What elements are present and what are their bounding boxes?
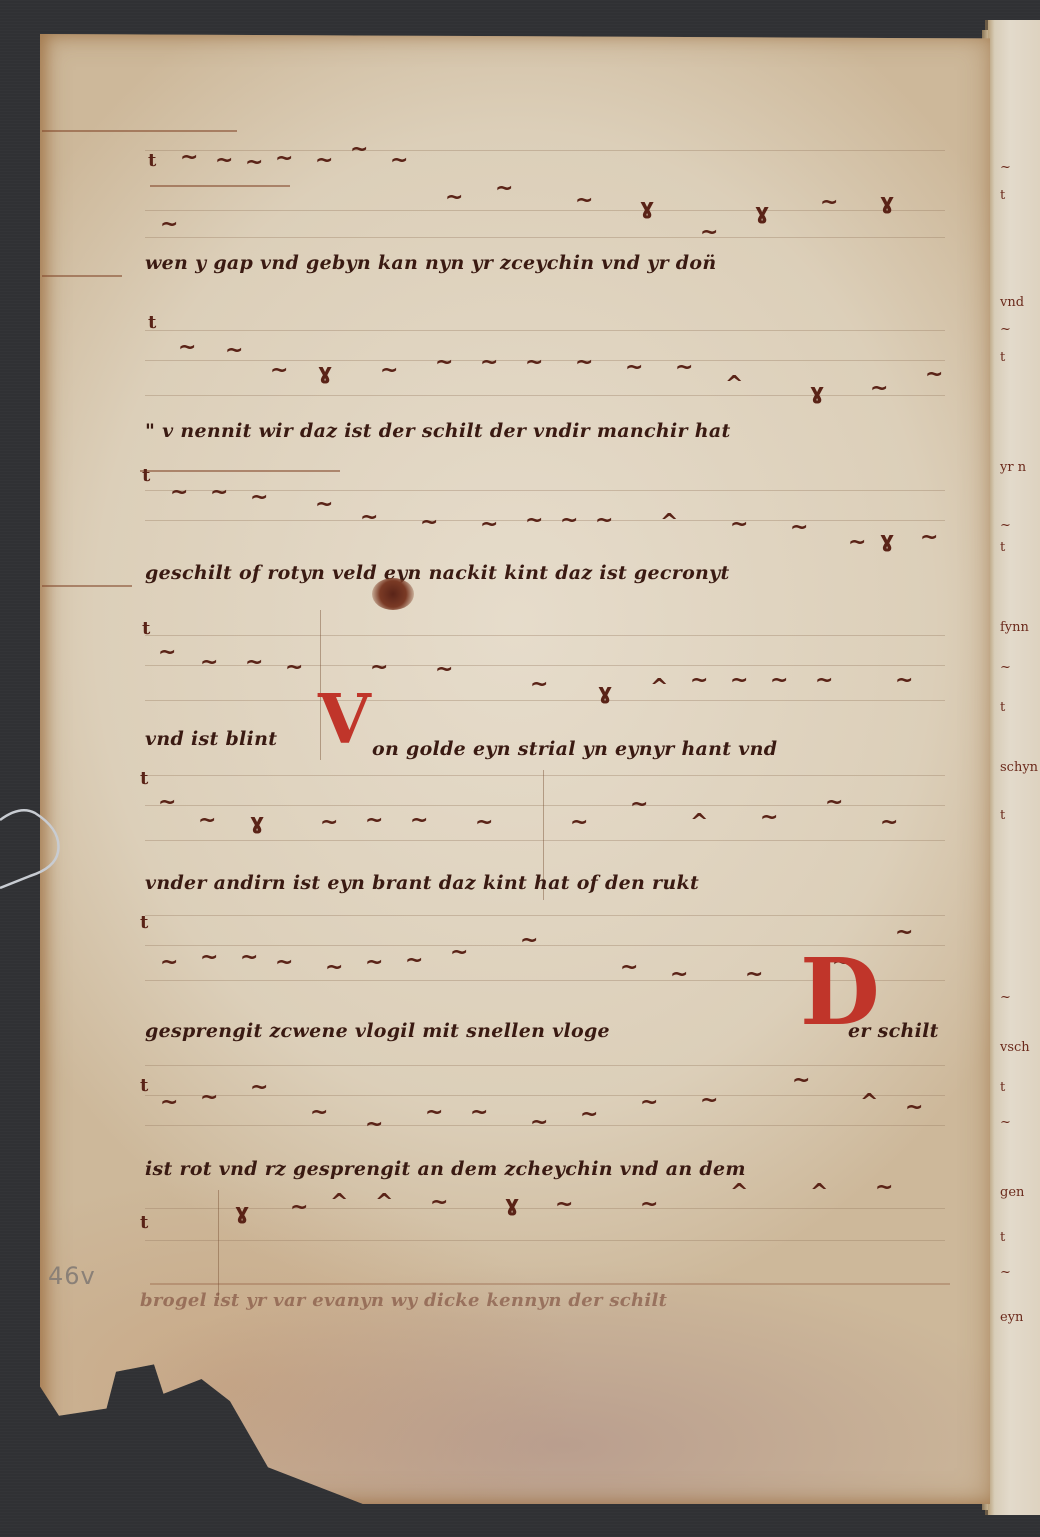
neume-mark: ~ bbox=[310, 1100, 328, 1125]
neume-mark: ~ bbox=[425, 1100, 443, 1125]
vertical-guide bbox=[218, 1190, 219, 1300]
facing-clef: t bbox=[1000, 808, 1005, 823]
facing-clef: t bbox=[1000, 350, 1005, 365]
neume-mark: ~ bbox=[525, 350, 543, 375]
neume-mark: ɣ bbox=[640, 195, 654, 220]
neume-mark: ~ bbox=[325, 955, 343, 980]
neume-mark: ~ bbox=[575, 188, 593, 213]
neume-mark: ~ bbox=[420, 510, 438, 535]
neume-mark: ~ bbox=[475, 810, 493, 835]
neume-mark: ~ bbox=[895, 668, 913, 693]
neume-mark: ~ bbox=[365, 808, 383, 833]
neume-mark: ~ bbox=[170, 480, 188, 505]
neume-mark: ~ bbox=[160, 212, 178, 237]
neume-mark: ~ bbox=[675, 355, 693, 380]
facing-neume: ~ bbox=[1000, 1265, 1011, 1280]
neume-mark: ~ bbox=[730, 512, 748, 537]
ruling-line bbox=[145, 237, 945, 238]
neume-mark: ~ bbox=[820, 190, 838, 215]
neume-mark: ~ bbox=[160, 1090, 178, 1115]
ruling-line bbox=[42, 585, 132, 587]
neume-mark: ^ bbox=[810, 1180, 828, 1205]
ruling-line bbox=[145, 775, 945, 776]
neume-mark: ~ bbox=[640, 1090, 658, 1115]
neume-mark: ~ bbox=[215, 148, 233, 173]
neume-mark: ~ bbox=[480, 512, 498, 537]
neume-mark: ~ bbox=[285, 655, 303, 680]
neume-mark: ~ bbox=[848, 530, 866, 555]
neume-mark: ^ bbox=[860, 1090, 878, 1115]
rubric-initial-v: V bbox=[318, 680, 371, 760]
neume-mark: ~ bbox=[390, 148, 408, 173]
ruling-line bbox=[145, 1208, 945, 1209]
facing-neume: ~ bbox=[1000, 660, 1011, 675]
neume-mark: ~ bbox=[360, 505, 378, 530]
neume-mark: ~ bbox=[275, 146, 293, 171]
neume-mark: ~ bbox=[792, 1068, 810, 1093]
neume-mark: ^ bbox=[690, 810, 708, 835]
neume-mark: ɣ bbox=[598, 680, 612, 705]
neume-mark: ~ bbox=[580, 1102, 598, 1127]
neume-mark: ~ bbox=[595, 508, 613, 533]
neume-mark: ~ bbox=[620, 955, 638, 980]
paper-clip-icon bbox=[0, 780, 60, 890]
neume-mark: ~ bbox=[825, 790, 843, 815]
lyric-text: vnd ist blint bbox=[145, 728, 277, 750]
clef: t bbox=[140, 912, 148, 933]
facing-clef: t bbox=[1000, 1230, 1005, 1245]
neume-mark: ɣ bbox=[318, 360, 332, 385]
neume-mark: ~ bbox=[630, 792, 648, 817]
neume-mark: ~ bbox=[690, 668, 708, 693]
neume-mark: ~ bbox=[520, 928, 538, 953]
facing-text: yr n bbox=[1000, 460, 1026, 475]
neume-mark: ~ bbox=[350, 137, 368, 162]
clef: t bbox=[148, 312, 156, 333]
ruling-line bbox=[150, 185, 290, 187]
neume-mark: ~ bbox=[445, 185, 463, 210]
lyric-line: geschilt of rotyn veld eyn nackit kint d… bbox=[145, 562, 730, 584]
facing-neume: ~ bbox=[1000, 990, 1011, 1005]
neume-mark: ~ bbox=[435, 350, 453, 375]
neume-mark: ~ bbox=[275, 950, 293, 975]
lyric-line: ist rot vnd rz gesprengit an dem zcheych… bbox=[145, 1158, 746, 1180]
ruling-line bbox=[145, 520, 945, 521]
facing-neume: ~ bbox=[1000, 518, 1011, 533]
neume-mark: ^ bbox=[375, 1190, 393, 1215]
facing-neume: ~ bbox=[1000, 1115, 1011, 1130]
clef: t bbox=[140, 768, 148, 789]
lyric-line: vnder andirn ist eyn brant daz kint hat … bbox=[145, 872, 699, 894]
neume-mark: ~ bbox=[575, 350, 593, 375]
neume-mark: ^ bbox=[730, 1180, 748, 1205]
ruling-line bbox=[145, 635, 945, 636]
neume-mark: ~ bbox=[905, 1095, 923, 1120]
neume-mark: ~ bbox=[198, 808, 216, 833]
facing-text: vnd bbox=[1000, 295, 1024, 310]
lyric-line: wen y gap vnd gebyn kan nyn yr zceychin … bbox=[145, 252, 716, 274]
ruling-line bbox=[145, 840, 945, 841]
ruling-line bbox=[145, 915, 945, 916]
neume-mark: ~ bbox=[158, 790, 176, 815]
neume-mark: ~ bbox=[790, 515, 808, 540]
neume-mark: ~ bbox=[770, 668, 788, 693]
neume-mark: ~ bbox=[570, 810, 588, 835]
neume-mark: ~ bbox=[700, 220, 718, 245]
ruling-line bbox=[145, 360, 945, 361]
neume-mark: ɣ bbox=[250, 810, 264, 835]
facing-text: schyn bbox=[1000, 760, 1038, 775]
neume-mark: ~ bbox=[200, 650, 218, 675]
neume-mark: ~ bbox=[700, 1088, 718, 1113]
neume-mark: ~ bbox=[670, 962, 688, 987]
neume-mark: ~ bbox=[920, 525, 938, 550]
facing-text: fynn bbox=[1000, 620, 1029, 635]
neume-mark: ~ bbox=[760, 805, 778, 830]
facing-text: vsch bbox=[1000, 1040, 1030, 1055]
neume-mark: ~ bbox=[895, 920, 913, 945]
neume-mark: ^ bbox=[660, 510, 678, 535]
ink-stain bbox=[372, 578, 414, 610]
neume-mark: ~ bbox=[320, 810, 338, 835]
ruling-line bbox=[42, 275, 122, 277]
neume-mark: ~ bbox=[525, 508, 543, 533]
lyric-line-continued: on golde eyn strial yn eynyr hant vnd bbox=[372, 738, 777, 760]
neume-mark: ^ bbox=[330, 1190, 348, 1215]
clef: t bbox=[148, 150, 156, 171]
facing-clef: t bbox=[1000, 540, 1005, 555]
facing-clef: t bbox=[1000, 700, 1005, 715]
clef: t bbox=[140, 1075, 148, 1096]
neume-mark: ~ bbox=[250, 1075, 268, 1100]
faded-lyric-line: brogel ist yr var evanyn wy dicke kennyn… bbox=[140, 1290, 667, 1311]
neume-mark: ɣ bbox=[880, 528, 894, 553]
neume-mark: ~ bbox=[435, 657, 453, 682]
neume-mark: ~ bbox=[560, 508, 578, 533]
neume-mark: ɣ bbox=[810, 380, 824, 405]
facing-text: eyn bbox=[1000, 1310, 1023, 1325]
neume-mark: ~ bbox=[480, 350, 498, 375]
facing-neume: ~ bbox=[1000, 160, 1011, 175]
ruling-line bbox=[145, 150, 945, 151]
neume-mark: ɣ bbox=[880, 190, 894, 215]
ruling-line bbox=[150, 1283, 950, 1285]
neume-mark: ~ bbox=[240, 945, 258, 970]
neume-mark: ~ bbox=[625, 355, 643, 380]
neume-mark: ~ bbox=[180, 145, 198, 170]
neume-mark: ~ bbox=[470, 1100, 488, 1125]
neume-mark: ~ bbox=[410, 808, 428, 833]
neume-mark: ~ bbox=[210, 480, 228, 505]
neume-mark: ~ bbox=[640, 1192, 658, 1217]
facing-neume: ~ bbox=[1000, 322, 1011, 337]
neume-mark: ɣ bbox=[755, 200, 769, 225]
neume-mark: ~ bbox=[315, 492, 333, 517]
neume-mark: ~ bbox=[380, 358, 398, 383]
neume-mark: ^ bbox=[650, 675, 668, 700]
neume-mark: ~ bbox=[178, 335, 196, 360]
ruling-line bbox=[145, 1065, 945, 1066]
neume-mark: ~ bbox=[555, 1192, 573, 1217]
ruling-line bbox=[145, 395, 945, 396]
ruling-line bbox=[145, 700, 945, 701]
neume-mark: ~ bbox=[450, 940, 468, 965]
ruling-line bbox=[145, 330, 945, 331]
neume-mark: ~ bbox=[530, 1110, 548, 1135]
neume-mark: ~ bbox=[160, 950, 178, 975]
neume-mark: ~ bbox=[875, 1175, 893, 1200]
neume-mark: ~ bbox=[405, 948, 423, 973]
neume-mark: ~ bbox=[245, 150, 263, 175]
neume-mark: ~ bbox=[730, 668, 748, 693]
neume-mark: ~ bbox=[370, 655, 388, 680]
clef: t bbox=[142, 465, 150, 486]
folio-number: 46v bbox=[48, 1262, 96, 1290]
ruling-line bbox=[145, 1240, 945, 1241]
lyric-line-continued: er schilt bbox=[848, 1020, 939, 1042]
lyric-line: vnd ist blint bbox=[145, 728, 277, 750]
ruling-line bbox=[140, 470, 340, 472]
neume-mark: ɣ bbox=[235, 1200, 249, 1225]
neume-mark: ~ bbox=[225, 338, 243, 363]
neume-mark: ~ bbox=[815, 668, 833, 693]
neume-mark: ~ bbox=[925, 362, 943, 387]
clef: t bbox=[140, 1212, 148, 1233]
lyric-line: " v nennit wir daz ist der schilt der vn… bbox=[145, 420, 731, 442]
neume-mark: ~ bbox=[880, 810, 898, 835]
neume-mark: ~ bbox=[530, 672, 548, 697]
neume-mark: ~ bbox=[870, 376, 888, 401]
neume-mark: ~ bbox=[158, 640, 176, 665]
neume-mark: ~ bbox=[430, 1190, 448, 1215]
neume-mark: ~ bbox=[365, 950, 383, 975]
neume-mark: ɣ bbox=[505, 1192, 519, 1217]
neume-mark: ~ bbox=[315, 148, 333, 173]
neume-mark: ~ bbox=[250, 485, 268, 510]
ruling-line bbox=[42, 130, 237, 132]
lyric-line: gesprengit zcwene vlogil mit snellen vlo… bbox=[145, 1020, 610, 1042]
facing-clef: t bbox=[1000, 1080, 1005, 1095]
neume-mark: ~ bbox=[200, 945, 218, 970]
neume-mark: ~ bbox=[270, 358, 288, 383]
neume-mark: ^ bbox=[725, 372, 743, 397]
neume-mark: ~ bbox=[365, 1112, 383, 1137]
facing-clef: t bbox=[1000, 188, 1005, 203]
neume-mark: ~ bbox=[495, 176, 513, 201]
neume-mark: ~ bbox=[745, 962, 763, 987]
neume-mark: ~ bbox=[245, 650, 263, 675]
facing-text: gen bbox=[1000, 1185, 1024, 1200]
ruling-line bbox=[145, 665, 945, 666]
neume-mark: ~ bbox=[290, 1195, 308, 1220]
clef: t bbox=[142, 618, 150, 639]
neume-mark: ~ bbox=[200, 1085, 218, 1110]
